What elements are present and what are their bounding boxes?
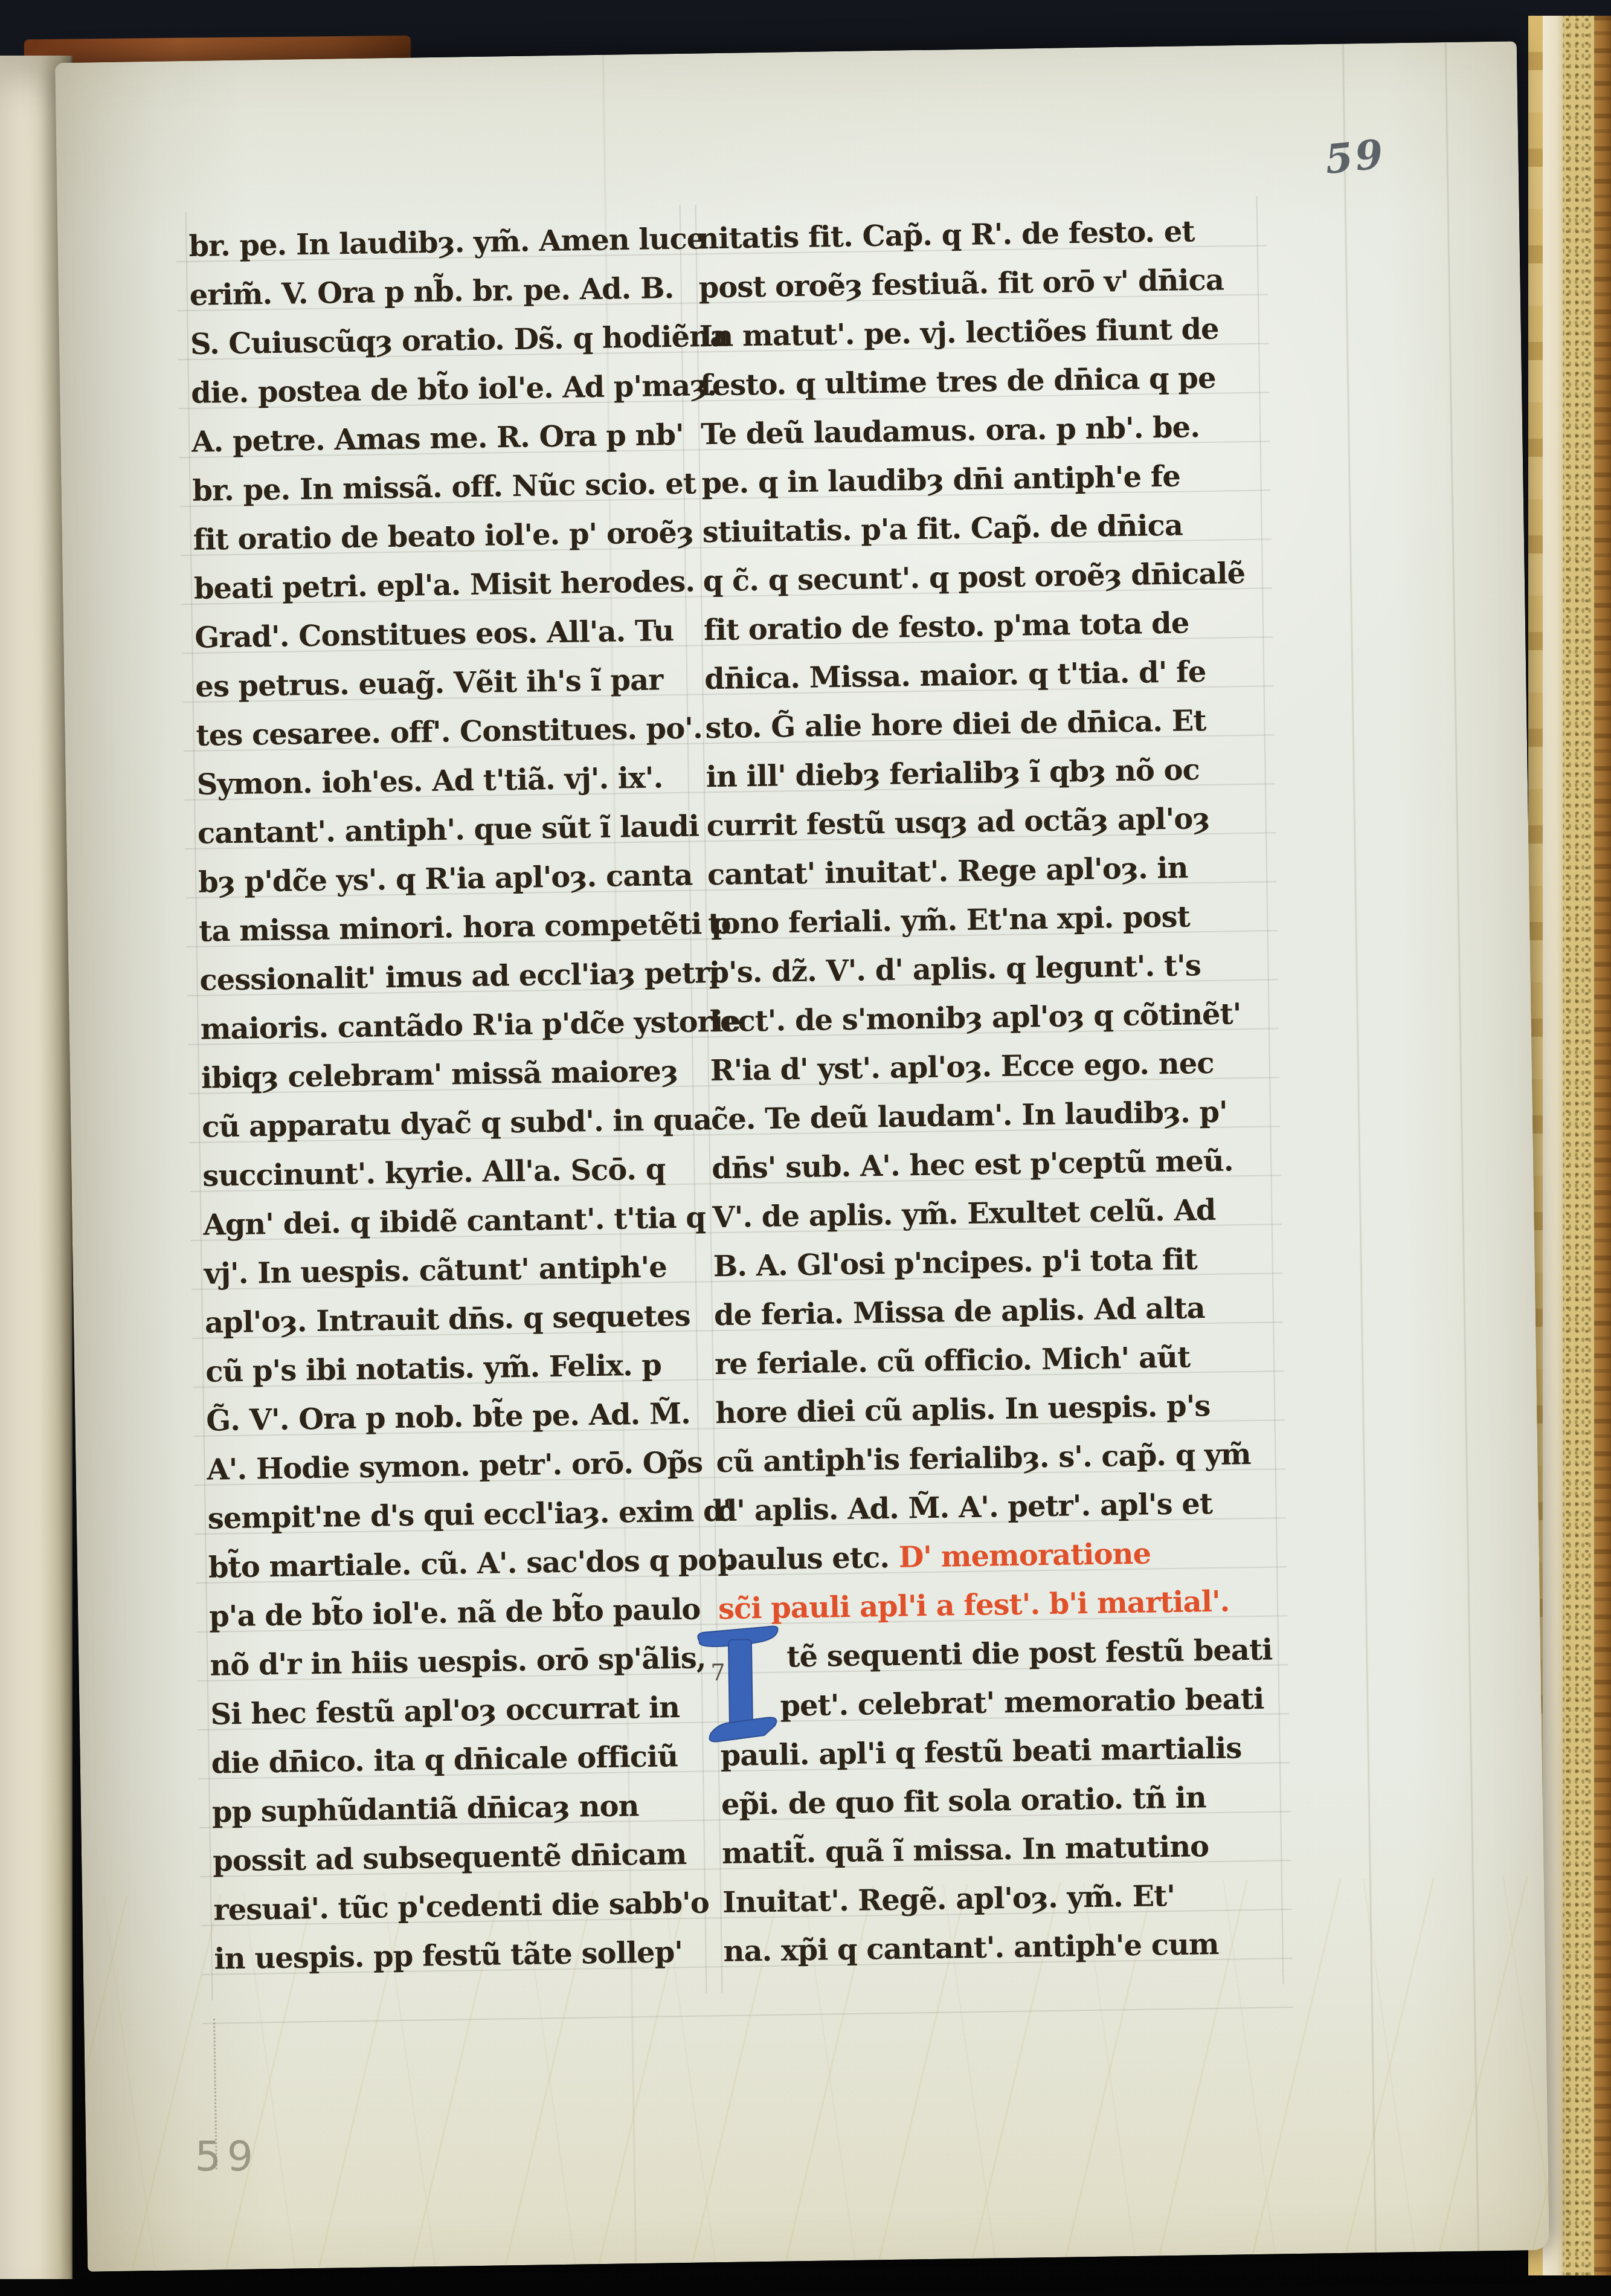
manuscript-line: d' aplis. Ad. M̃. A'. petr'. apl's et xyxy=(716,1479,1270,1537)
manuscript-line: cantat' inuitat'. Rege apl'oȝ. in xyxy=(707,843,1261,900)
manuscript-line: pauli. apl'i q festũ beati martialis xyxy=(720,1724,1274,1781)
manuscript-line: br. pe. In missã. off. Nũc scio. et xyxy=(192,459,733,516)
folio-number-pencil: 59 xyxy=(195,2133,259,2181)
manuscript-line: cantant'. antiph'. que sũt ĩ laudi xyxy=(197,802,738,859)
drop-cap-initial-icon xyxy=(693,1622,788,1752)
manuscript-line: V'. de aplis. ym̃. Exultet celũ. Ad xyxy=(712,1185,1266,1243)
manuscript-line: es petrus. euag̃. Vẽit ih's ĩ par xyxy=(195,655,736,712)
manuscript-page: 59 br. pe. In laudibȝ. ym̃. Amen luceeri… xyxy=(55,41,1549,2271)
manuscript-line: pet'. celebrat' memoratio beati xyxy=(780,1675,1273,1731)
manuscript-line: hore diei cũ aplis. In uespis. p's xyxy=(715,1381,1269,1439)
manuscript-line: nitatis fit. Cap̃. q R'. de festo. et xyxy=(698,207,1252,264)
text-column-left: br. pe. In laudibȝ. ym̃. Amen luceerim̃.… xyxy=(188,214,754,1984)
manuscript-line: dn̄ica. Missa. maior. q t'tia. d' fe xyxy=(704,647,1258,705)
manuscript-line: In matut'. pe. vj. lectiões fiunt de xyxy=(699,305,1253,362)
manuscript-line: na. xp̃i q cantant'. antiph'e cum xyxy=(723,1919,1277,1976)
manuscript-line: re feriale. cũ officio. Mich' aũt xyxy=(714,1332,1268,1390)
manuscript-line: fit oratio de festo. p'ma tota de xyxy=(703,598,1257,656)
manuscript-line: Symon. ioh'es. Ad t'tiã. vj'. ix'. xyxy=(196,753,737,810)
manuscript-line: Te deũ laudamus. ora. p nb'. be. xyxy=(701,402,1255,460)
manuscript-line: cũ p's ibi notatis. ym̃. Felix. p xyxy=(205,1340,746,1396)
manuscript-line: B. A. Gl'osi p'ncipes. p'i tota fit xyxy=(713,1234,1267,1292)
manuscript-line: apl'oȝ. Intrauit dn̄s. q sequetes xyxy=(204,1291,745,1347)
leaf-edge-speckled xyxy=(1563,16,1594,2275)
manuscript-line: tono feriali. ym̃. Et'na xpi. post xyxy=(708,892,1262,949)
manuscript-line: vj'. In uespis. cãtunt' antiph'e xyxy=(204,1242,744,1298)
manuscript-line: G̃. V'. Ora p nob. bt̃e pe. Ad. M̃. xyxy=(206,1388,747,1445)
manuscript-line: succinunt'. kyrie. All'a. Scō. q xyxy=(202,1144,743,1201)
manuscript-line: p's. dz̃. V'. d' aplis. q legunt'. t's xyxy=(709,941,1262,998)
manuscript-line: R'ia d' yst'. apl'oȝ. Ecce ego. nec xyxy=(710,1039,1264,1096)
manuscript-line: festo. q ultime tres de dn̄ica q pe xyxy=(699,353,1253,411)
guide-letter: 7 xyxy=(710,1659,725,1686)
manuscript-line: de feria. Missa de aplis. Ad alta xyxy=(713,1283,1267,1341)
manuscript-line: lect'. de s'monibȝ apl'oȝ q cõtinẽt' xyxy=(709,990,1263,1047)
manuscript-line: bt̃o martiale. cũ. A'. sac'dos q po'. xyxy=(208,1535,748,1592)
manuscript-line: A'. Hodie symon. petr'. orō. Op̃s xyxy=(207,1437,747,1494)
manuscript-line: cũ antiph'is ferialibȝ. s'. cap̃. q ym̃ xyxy=(716,1430,1270,1488)
photograph-background: 59 br. pe. In laudibȝ. ym̃. Amen luceeri… xyxy=(0,0,1611,2296)
manuscript-line: cũ apparatu dyac̃ q subd'. in qua xyxy=(202,1095,742,1152)
manuscript-line: tẽ sequenti die post festũ beati xyxy=(786,1626,1273,1682)
manuscript-line: pe. q in laudibȝ dn̄i antiph'e fe xyxy=(701,451,1255,509)
folio-number-ink: 59 xyxy=(1323,130,1388,183)
ruling-line xyxy=(202,2007,1293,2024)
manuscript-line: maioris. cantãdo R'ia p'dc̃e ystorie xyxy=(200,997,741,1054)
manuscript-line: cessionalit' imus ad eccl'iaȝ petri xyxy=(199,949,740,1005)
manuscript-line: Grad'. Constitues eos. All'a. Tu xyxy=(195,606,735,663)
manuscript-line: dn̄s' sub. A'. hec est p'ceptũ meũ. xyxy=(712,1137,1265,1194)
manuscript-line: erim̃. V. Ora p nb̃. br. pe. Ad. B. xyxy=(189,263,730,320)
manuscript-line: paulus etc. D' memoratione xyxy=(717,1528,1271,1585)
manuscript-line: die. postea de bt̃o iol'e. Ad p'maȝ. xyxy=(191,361,732,418)
manuscript-line: possit ad subsequentẽ dn̄icam xyxy=(213,1829,753,1886)
leaf-edge-pale xyxy=(1543,16,1563,2275)
manuscript-line: sc̃i pauli apl'i a fest'. b'i martial'. xyxy=(718,1577,1272,1634)
manuscript-line: currit festũ usqȝ ad octãȝ apl'oȝ xyxy=(706,794,1260,851)
parchment-crease xyxy=(1444,42,1480,2251)
manuscript-line: ep̃i. de quo fit sola oratio. tñ in xyxy=(721,1773,1275,1830)
manuscript-line: nõ d'r in hiis uespis. orō sp'ãlis, xyxy=(210,1633,750,1690)
manuscript-line: br. pe. In laudibȝ. ym̃. Amen luce xyxy=(188,214,729,271)
manuscript-line: in uespis. pp festũ tãte sollep' xyxy=(214,1927,754,1984)
manuscript-line: post oroẽȝ festiuã. fit orō v' dn̄ica xyxy=(698,256,1252,313)
manuscript-line: Inuitat'. Regẽ. apl'oȝ. ym̃. Et' xyxy=(722,1871,1276,1928)
manuscript-line: Si hec festũ apl'oȝ occurrat in xyxy=(210,1682,751,1739)
manuscript-line: ta missa minori. hora competẽti p xyxy=(199,900,739,956)
manuscript-line: fit oratio de beato iol'e. p' oroẽȝ xyxy=(193,508,733,565)
manuscript-line: die dn̄ico. ita q dn̄icale officiũ xyxy=(211,1731,751,1788)
manuscript-line: Agn' dei. q ibidẽ cantant'. t'tia q xyxy=(203,1193,744,1250)
manuscript-line: beati petri. epl'a. Misit herodes. xyxy=(193,557,734,614)
manuscript-line: in ill' diebȝ ferialibȝ ĩ qbȝ nõ oc xyxy=(706,745,1259,802)
manuscript-line: bȝ p'dc̃e ys'. q R'ia apl'oȝ. canta xyxy=(198,851,739,908)
manuscript-line: A. petre. Amas me. R. Ora p nb' xyxy=(191,410,732,467)
wooden-board-edge xyxy=(1594,16,1611,2275)
manuscript-line: c̃e. Te deũ laudam'. In laudibȝ. p' xyxy=(710,1088,1264,1145)
manuscript-line: sempit'ne d's qui eccl'iaȝ. exim d' xyxy=(207,1486,748,1543)
manuscript-line: resuai'. tũc p'cedenti die sabb'o xyxy=(213,1878,754,1935)
manuscript-line: q c̃. q secunt'. q post oroẽȝ dn̄icalẽ xyxy=(703,549,1256,607)
manuscript-line: tes cesaree. off'. Constitues. po'. xyxy=(196,704,736,761)
manuscript-line: pp suphũdantiã dn̄icaȝ non xyxy=(211,1780,752,1837)
manuscript-line: p'a de bt̃o iol'e. nã de bt̃o paulo xyxy=(209,1584,750,1641)
manuscript-line: matit̃. quã ĩ missa. In matutino xyxy=(722,1822,1276,1879)
manuscript-line: sto. G̃ alie hore diei de dn̄ica. Et xyxy=(705,696,1259,753)
manuscript-line: S. Cuiuscũqȝ oratio. Ds̃. q hodiẽna xyxy=(190,312,730,369)
parchment-crease xyxy=(1342,44,1377,2252)
manuscript-line: ibiqȝ celebram' missã maioreȝ xyxy=(201,1046,741,1103)
manuscript-line: stiuitatis. p'a fit. Cap̃. de dn̄ica xyxy=(702,500,1256,558)
